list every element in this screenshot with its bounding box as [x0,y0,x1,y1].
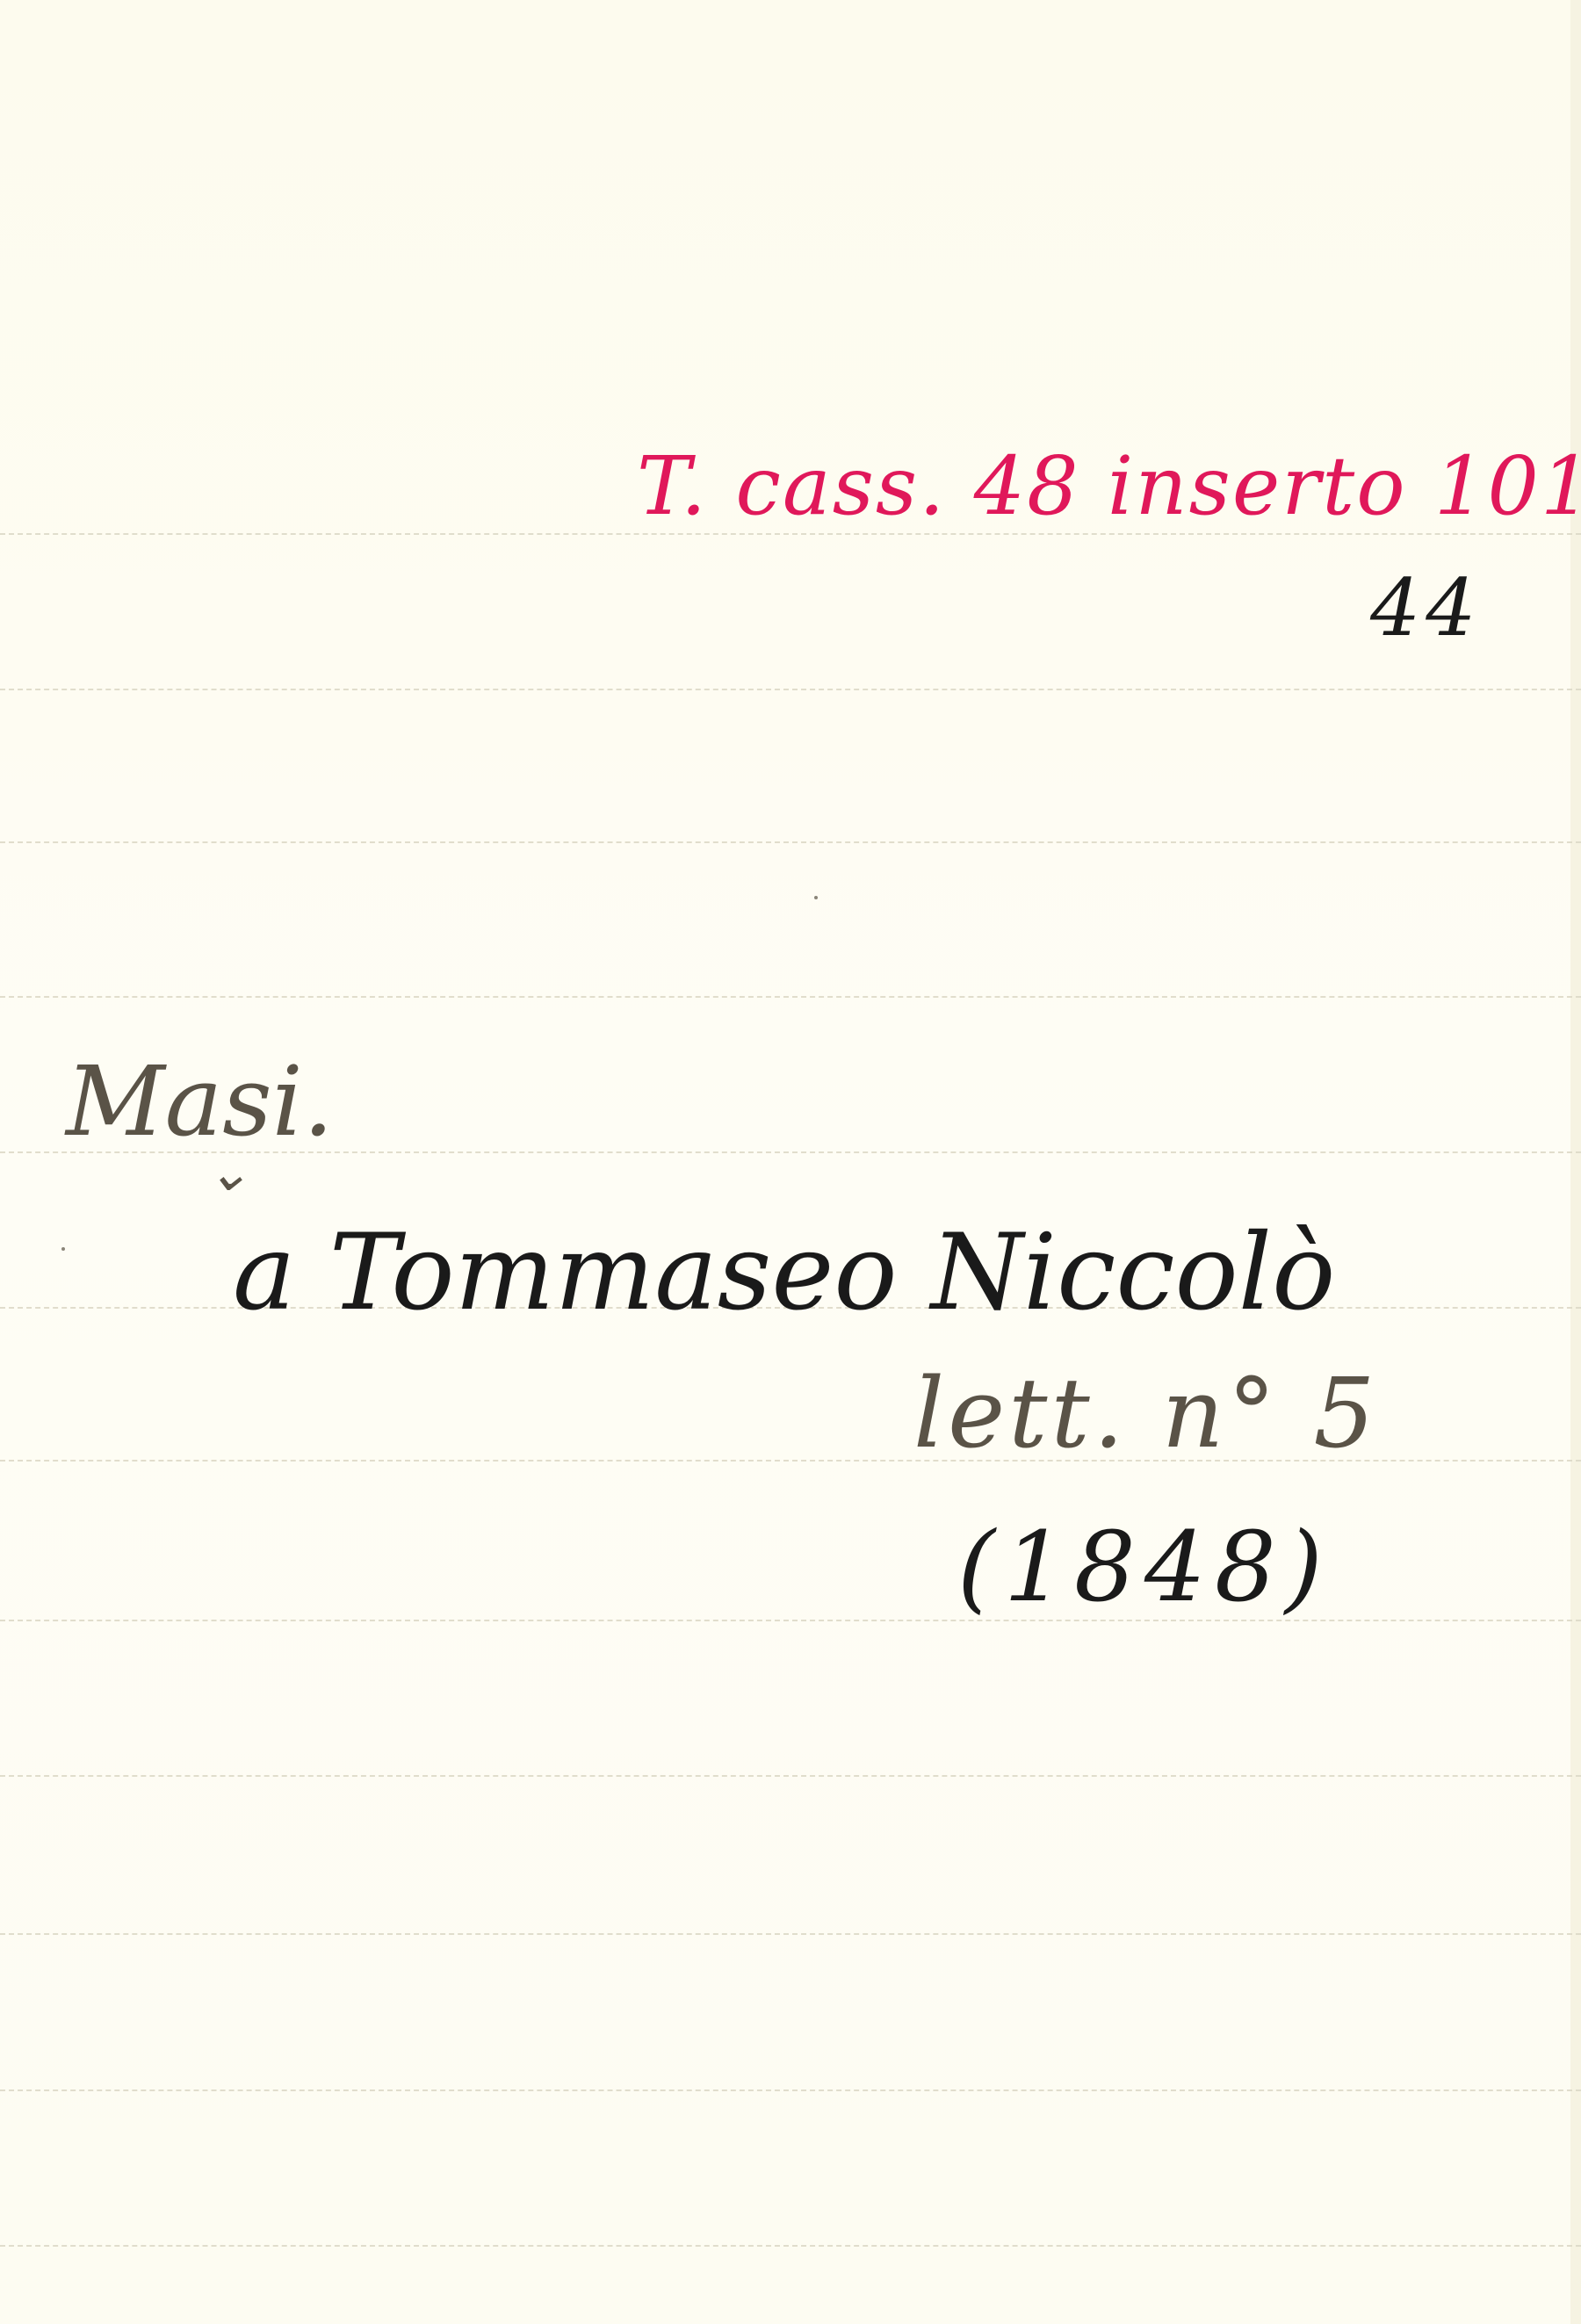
ruled-line [0,689,1581,690]
recipient-text: a Tommaseo Niccolò [233,1212,1335,1334]
ruled-line [0,2245,1581,2247]
ruled-line [0,1775,1581,1777]
ruled-line [0,996,1581,998]
catalog-card: T. cass. 48 inserto 101 44 Masi. ⌄ a Tom… [0,0,1581,2324]
ruled-line [0,841,1581,843]
paper-speck [814,896,818,899]
ruled-line [0,2089,1581,2091]
author-name: Masi. [66,1045,334,1158]
ruled-line [0,1620,1581,1621]
card-edge [1570,0,1581,2324]
paper-speck [61,1247,65,1251]
shelfmark-number: 44 [1370,562,1482,654]
ruled-line [0,533,1581,535]
letter-year: (1848) [957,1511,1332,1623]
shelfmark-text: T. cass. 48 inserto 101 [637,439,1581,533]
insertion-mark: ⌄ [206,1142,250,1203]
letter-count: lett. n° 5 [913,1357,1378,1469]
ruled-line [0,1933,1581,1935]
